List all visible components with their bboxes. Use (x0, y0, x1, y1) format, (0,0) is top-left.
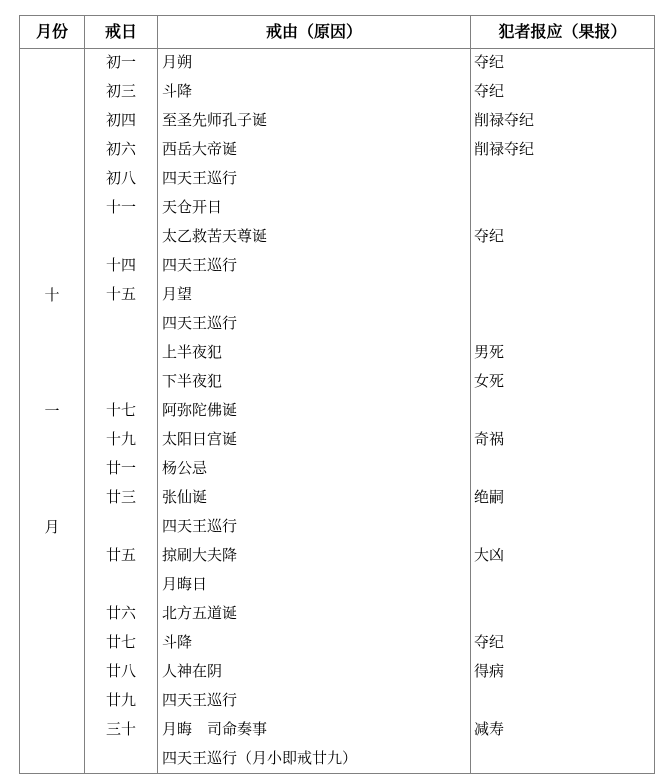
day-cell: 廿五 (85, 542, 158, 571)
day-cell: 廿七 (85, 629, 158, 658)
reason-cell: 月晦日 (158, 571, 471, 600)
retribution-cell (471, 194, 654, 223)
page: { "page": { "background": "#ffffff", "te… (0, 0, 670, 784)
day-cell: 十七 (85, 397, 158, 426)
day-cell (85, 745, 158, 774)
retribution-cell: 男死 (471, 339, 654, 368)
retribution-cell (471, 745, 654, 774)
reason-cell: 下半夜犯 (158, 368, 471, 397)
reason-cell: 月望 (158, 281, 471, 310)
table-grid: 月份 戒日 戒由（原因） 犯者报应（果报） 十 一 月 初一 月朔 夺纪 初三 … (20, 16, 654, 773)
retribution-cell: 得病 (471, 658, 654, 687)
retribution-cell (471, 513, 654, 542)
header-reason: 戒由（原因） (158, 16, 471, 49)
day-cell: 十九 (85, 426, 158, 455)
retribution-cell (471, 310, 654, 339)
reason-cell: 掠刷大夫降 (158, 542, 471, 571)
day-cell: 三十 (85, 716, 158, 745)
day-cell (85, 310, 158, 339)
reason-cell: 月朔 (158, 49, 471, 78)
reason-cell: 张仙诞 (158, 484, 471, 513)
retribution-cell: 大凶 (471, 542, 654, 571)
reason-cell: 阿弥陀佛诞 (158, 397, 471, 426)
retribution-cell (471, 455, 654, 484)
reason-cell: 四天王巡行 (158, 513, 471, 542)
retribution-cell: 夺纪 (471, 629, 654, 658)
reason-cell: 斗降 (158, 78, 471, 107)
reason-cell: 月晦 司命奏事 (158, 716, 471, 745)
day-cell: 廿一 (85, 455, 158, 484)
reason-cell: 太阳日宫诞 (158, 426, 471, 455)
reason-cell: 人神在阴 (158, 658, 471, 687)
reason-cell: 太乙救苦天尊诞 (158, 223, 471, 252)
retribution-cell: 减寿 (471, 716, 654, 745)
day-cell (85, 368, 158, 397)
day-cell: 十四 (85, 252, 158, 281)
day-cell (85, 513, 158, 542)
day-cell (85, 571, 158, 600)
reason-cell: 北方五道诞 (158, 600, 471, 629)
retribution-cell: 女死 (471, 368, 654, 397)
reason-cell: 上半夜犯 (158, 339, 471, 368)
day-cell: 廿八 (85, 658, 158, 687)
reason-cell: 四天王巡行 (158, 252, 471, 281)
retribution-cell (471, 281, 654, 310)
day-cell: 十五 (85, 281, 158, 310)
retribution-cell (471, 571, 654, 600)
reason-cell: 至圣先师孔子诞 (158, 107, 471, 136)
header-retribution: 犯者报应（果报） (471, 16, 654, 49)
retribution-cell (471, 252, 654, 281)
day-cell (85, 223, 158, 252)
retribution-cell: 夺纪 (471, 49, 654, 78)
retribution-cell (471, 165, 654, 194)
retribution-cell (471, 397, 654, 426)
day-cell: 廿三 (85, 484, 158, 513)
retribution-cell: 夺纪 (471, 78, 654, 107)
day-cell: 初六 (85, 136, 158, 165)
precept-days-table: 月份 戒日 戒由（原因） 犯者报应（果报） 十 一 月 初一 月朔 夺纪 初三 … (19, 15, 655, 774)
day-cell: 初三 (85, 78, 158, 107)
reason-cell: 天仓开日 (158, 194, 471, 223)
reason-cell: 西岳大帝诞 (158, 136, 471, 165)
day-cell (85, 339, 158, 368)
day-cell: 十一 (85, 194, 158, 223)
retribution-cell: 绝嗣 (471, 484, 654, 513)
month-char: 一 (44, 354, 59, 470)
reason-cell: 杨公忌 (158, 455, 471, 484)
month-cell: 十 一 月 (20, 49, 85, 774)
header-month: 月份 (20, 16, 85, 49)
retribution-cell: 削禄夺纪 (471, 136, 654, 165)
reason-cell: 四天王巡行 (158, 310, 471, 339)
month-char: 月 (44, 470, 59, 586)
month-char: 十 (44, 238, 59, 354)
reason-cell: 四天王巡行 (158, 687, 471, 716)
retribution-cell (471, 600, 654, 629)
reason-cell: 斗降 (158, 629, 471, 658)
retribution-cell: 削禄夺纪 (471, 107, 654, 136)
retribution-cell: 夺纪 (471, 223, 654, 252)
retribution-cell: 奇祸 (471, 426, 654, 455)
day-cell: 廿九 (85, 687, 158, 716)
reason-cell: 四天王巡行 (158, 165, 471, 194)
header-precept-day: 戒日 (85, 16, 158, 49)
day-cell: 初四 (85, 107, 158, 136)
day-cell: 初八 (85, 165, 158, 194)
reason-cell: 四天王巡行（月小即戒廿九） (158, 745, 471, 774)
retribution-cell (471, 687, 654, 716)
day-cell: 廿六 (85, 600, 158, 629)
day-cell: 初一 (85, 49, 158, 78)
